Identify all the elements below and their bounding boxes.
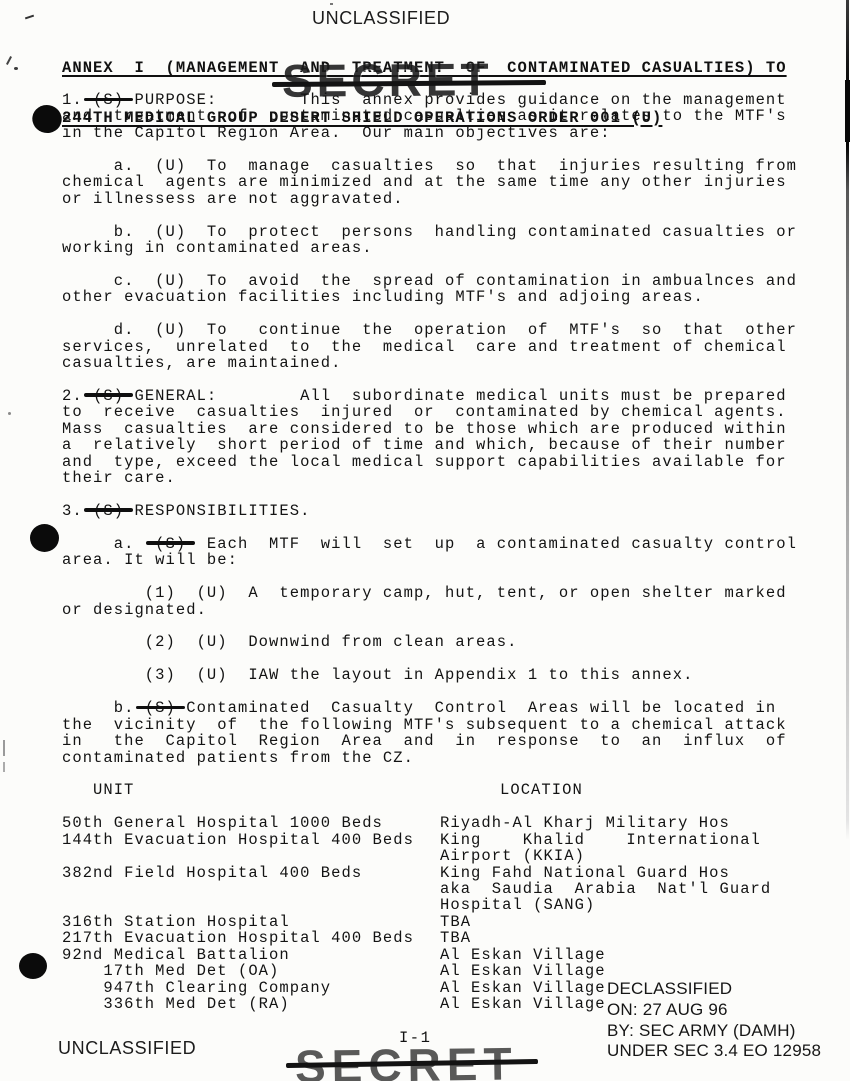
text-line: 2. (S) GENERAL: All subordinate medical … — [62, 388, 797, 404]
table-cell-unit: 217th Evacuation Hospital 400 Beds — [62, 930, 440, 946]
text-line — [62, 618, 797, 634]
table-cell-unit: 947th Clearing Company — [62, 980, 440, 996]
text-line: b. (U) To protect persons handling conta… — [62, 224, 797, 240]
struck-classification-mark: (S) — [93, 502, 124, 520]
page-edge-shadow-dark — [845, 80, 850, 142]
table-cell-location: King Khalid International — [440, 831, 761, 849]
text-line: b. (S) Contaminated Casualty Control Are… — [62, 700, 797, 716]
text-line: casualties, are maintained. — [62, 355, 797, 371]
scan-speck — [25, 15, 34, 20]
scanned-document-page: UNCLASSIFIED ANNEX I (MANAGEMENT AND TRE… — [0, 0, 850, 1081]
table-cell-location: Al Eskan Village — [440, 995, 606, 1013]
declassification-stamp-line4: UNDER SEC 3.4 EO 12958 — [607, 1041, 821, 1062]
text-line — [62, 207, 797, 223]
table-cell-location: Riyadh-Al Kharj Military Hos — [440, 814, 730, 832]
text-line: the vicinity of the following MTF's subs… — [62, 717, 797, 733]
table-cell-location: Airport (KKIA) — [440, 847, 585, 865]
text-line — [62, 306, 797, 322]
declassification-stamp-line2: ON: 27 AUG 96 — [607, 1000, 821, 1021]
body-text: 1. (S) PURPOSE: This annex provides guid… — [62, 92, 797, 1013]
text-line: d. (U) To continue the operation of MTF'… — [62, 322, 797, 338]
text-line — [62, 799, 797, 815]
hole-punch-mark — [19, 953, 47, 979]
text-line: 3. (S) RESPONSIBILITIES. — [62, 503, 797, 519]
text-line — [62, 569, 797, 585]
text-line — [62, 519, 797, 535]
top-classification-label: UNCLASSIFIED — [312, 8, 450, 29]
text-line — [62, 256, 797, 272]
text-line: or illnessess are not aggravated. — [62, 191, 797, 207]
table-cell-unit: 336th Med Det (RA) — [62, 996, 440, 1012]
table-row: Airport (KKIA) — [62, 848, 797, 864]
hole-punch-mark — [30, 524, 59, 552]
text-line: c. (U) To avoid the spread of contaminat… — [62, 273, 797, 289]
table-row: 50th General Hospital 1000 BedsRiyadh-Al… — [62, 815, 797, 831]
table-row: 382nd Field Hospital 400 BedsKing Fahd N… — [62, 865, 797, 881]
table-row: 316th Station HospitalTBA — [62, 914, 797, 930]
table-header-row: UNITLOCATION — [62, 782, 797, 798]
text-line: services, unrelated to the medical care … — [62, 339, 797, 355]
text-line: and treatment of contaminated casualties… — [62, 108, 797, 124]
struck-classification-mark: (S) — [93, 387, 124, 405]
table-cell-unit: 144th Evacuation Hospital 400 Beds — [62, 832, 440, 848]
scan-speck — [6, 56, 12, 65]
text-line: or designated. — [62, 602, 797, 618]
text-line: (1) (U) A temporary camp, hut, tent, or … — [62, 585, 797, 601]
table-row: 17th Med Det (OA)Al Eskan Village — [62, 963, 797, 979]
text-line: area. It will be: — [62, 552, 797, 568]
text-line: contaminated patients from the CZ. — [62, 750, 797, 766]
table-cell-unit: 382nd Field Hospital 400 Beds — [62, 865, 440, 881]
text-line — [62, 651, 797, 667]
text-line — [62, 371, 797, 387]
table-cell-unit: 50th General Hospital 1000 Beds — [62, 815, 440, 831]
table-cell-location: Hospital (SANG) — [440, 896, 595, 914]
text-line: (2) (U) Downwind from clean areas. — [62, 634, 797, 650]
scan-speck — [14, 67, 18, 70]
table-row: aka Saudia Arabia Nat'l Guard — [62, 881, 797, 897]
table-header-location: LOCATION — [500, 781, 583, 799]
text-line: in the Capitol Region Area. Our main obj… — [62, 125, 797, 141]
struck-classification-mark: (S) — [93, 91, 124, 109]
table-cell-unit: 316th Station Hospital — [62, 914, 440, 930]
text-line: working in contaminated areas. — [62, 240, 797, 256]
table-cell-location: TBA — [440, 929, 471, 947]
text-line: a. (U) To manage casualties so that inju… — [62, 158, 797, 174]
table-cell-unit: 92nd Medical Battalion — [62, 947, 440, 963]
table-cell-location: TBA — [440, 913, 471, 931]
table-row: 144th Evacuation Hospital 400 BedsKing K… — [62, 832, 797, 848]
table-row: 217th Evacuation Hospital 400 BedsTBA — [62, 930, 797, 946]
table-row: 92nd Medical BattalionAl Eskan Village — [62, 947, 797, 963]
table-cell-location: aka Saudia Arabia Nat'l Guard — [440, 880, 771, 898]
text-line: in the Capitol Region Area and in respon… — [62, 733, 797, 749]
text-line: 1. (S) PURPOSE: This annex provides guid… — [62, 92, 797, 108]
struck-classification-mark: (S) — [145, 699, 176, 717]
table-row: Hospital (SANG) — [62, 897, 797, 913]
table-cell-location: King Fahd National Guard Hos — [440, 864, 730, 882]
table-cell-location: Al Eskan Village — [440, 946, 606, 964]
text-line: Mass casualties are considered to be tho… — [62, 421, 797, 437]
text-line: to receive casualties injured or contami… — [62, 404, 797, 420]
struck-classification-mark: (S) — [155, 535, 186, 553]
text-line: and type, exceed the local medical suppo… — [62, 454, 797, 470]
table-cell-location: Al Eskan Village — [440, 962, 606, 980]
text-line: other evacuation facilities including MT… — [62, 289, 797, 305]
text-line: (3) (U) IAW the layout in Appendix 1 to … — [62, 667, 797, 683]
table-cell-location: Al Eskan Village — [440, 979, 606, 997]
text-line — [62, 684, 797, 700]
text-line: a. (S) Each MTF will set up a contaminat… — [62, 536, 797, 552]
bottom-classification-label: UNCLASSIFIED — [58, 1038, 196, 1059]
text-line — [62, 141, 797, 157]
scan-speck — [8, 412, 11, 415]
text-line — [62, 487, 797, 503]
text-line: chemical agents are minimized and at the… — [62, 174, 797, 190]
scan-speck — [3, 740, 5, 756]
text-line: their care. — [62, 470, 797, 486]
text-line — [62, 766, 797, 782]
table-cell-unit: 17th Med Det (OA) — [62, 963, 440, 979]
scan-speck — [330, 3, 333, 5]
scan-speck — [3, 762, 5, 772]
text-line: a relatively short period of time and wh… — [62, 437, 797, 453]
table-header-unit: UNIT — [62, 782, 500, 798]
declassification-stamp: DECLASSIFIED ON: 27 AUG 96 BY: SEC ARMY … — [607, 979, 821, 1062]
declassification-stamp-line1: DECLASSIFIED — [607, 979, 821, 1000]
hole-punch-mark — [30, 103, 64, 136]
declassification-stamp-line3: BY: SEC ARMY (DAMH) — [607, 1021, 821, 1042]
